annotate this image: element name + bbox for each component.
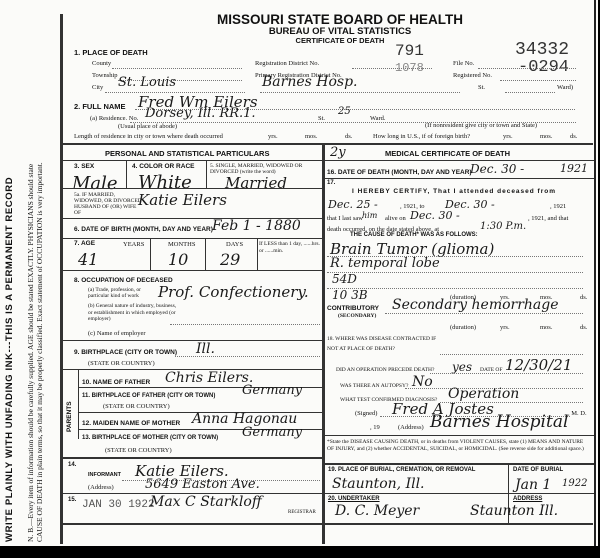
divider bbox=[63, 457, 322, 459]
divider bbox=[63, 523, 593, 525]
residence-label: (a) Residence. No. bbox=[90, 115, 138, 122]
registrar-label: REGISTRAR bbox=[288, 510, 316, 515]
undertaker-label: 20. UNDERTAKER bbox=[328, 496, 380, 502]
disease-contracted-label: 18. WHERE WAS DISEASE CONTRACTED IF NOT … bbox=[327, 334, 437, 354]
residence-ward-value: 25 bbox=[338, 106, 351, 117]
mos-label-2: mos. bbox=[540, 133, 552, 140]
divider bbox=[257, 238, 258, 270]
ds-label: ds. bbox=[345, 133, 352, 140]
physician-address-value: Barnes Hospital bbox=[430, 412, 568, 432]
father-name-label: 10. NAME OF FATHER bbox=[82, 379, 150, 386]
yrs-label-2: yrs. bbox=[503, 133, 513, 140]
burial-year-value: 1922 bbox=[562, 478, 587, 489]
divider bbox=[322, 463, 594, 465]
father-birthplace-sub: (STATE OR COUNTRY) bbox=[103, 403, 170, 410]
undertaker-address-value: Staunton Ill. bbox=[470, 503, 558, 519]
operation-field bbox=[430, 373, 583, 374]
to-year: , 1921 bbox=[550, 203, 566, 210]
permanent-record-notice: WRITE PLAINLY WITH UNFADING INK---THIS I… bbox=[4, 177, 15, 542]
operation-value: yes bbox=[452, 360, 472, 374]
occupation-b-field bbox=[170, 324, 320, 325]
birthplace-value: Ill. bbox=[196, 341, 215, 357]
residence-st-label: St. bbox=[318, 115, 325, 122]
sidebar-notice: WRITE PLAINLY WITH UNFADING INK---THIS I… bbox=[0, 0, 58, 546]
date-of-death-value: Dec. 30 - bbox=[470, 162, 524, 176]
reg-district-field bbox=[352, 68, 432, 69]
city-value: St. Louis bbox=[118, 75, 176, 90]
sex-value: Male bbox=[72, 173, 118, 194]
file-number-stamp: 34332 bbox=[515, 40, 569, 60]
father-birthplace-label: 11. BIRTHPLACE OF FATHER (CITY OR TOWN) bbox=[82, 393, 215, 399]
years-label: YEARS bbox=[123, 241, 144, 248]
birthplace-label: 9. BIRTHPLACE (CITY OR TOWN) bbox=[74, 349, 177, 356]
occupation-b-label: (b) General nature of industry, business… bbox=[88, 303, 178, 323]
dob-label: 6. DATE OF BIRTH (MONTH, DAY AND YEAR) bbox=[74, 226, 213, 233]
undertaker-address-label: ADDRESS bbox=[513, 496, 542, 502]
year-prefix: , 19 bbox=[370, 424, 380, 431]
informant-num: 14. bbox=[68, 462, 76, 468]
hospital-field bbox=[260, 92, 460, 93]
color-label: 4. COLOR OR RACE bbox=[132, 163, 194, 170]
age-years-value: 41 bbox=[78, 250, 98, 269]
county-label: County bbox=[92, 60, 111, 67]
divider bbox=[63, 188, 322, 189]
mother-name-label: 12. MAIDEN NAME OF MOTHER bbox=[82, 420, 180, 427]
medical-section-title: MEDICAL CERTIFICATE OF DEATH bbox=[385, 149, 510, 158]
spouse-label: 5a. IF MARRIED, WIDOWED, OR DIVORCED HUS… bbox=[74, 192, 144, 216]
registrar-signature: Max C Starkloff bbox=[150, 494, 262, 510]
contributory-label: CONTRIBUTORY bbox=[327, 305, 379, 312]
alive-year: , 1921, and that bbox=[528, 215, 568, 222]
medical-mark: 2y bbox=[330, 145, 346, 160]
occupation-value: Prof. Confectionery. bbox=[158, 283, 309, 301]
divider bbox=[322, 178, 594, 179]
autopsy-label: WAS THERE AN AUTOPSY? bbox=[340, 383, 408, 389]
divider bbox=[322, 435, 594, 436]
sex-label: 3. SEX bbox=[74, 163, 94, 170]
informant-address-label: (Address) bbox=[88, 484, 114, 491]
divider bbox=[205, 238, 206, 270]
st-label: St. bbox=[478, 84, 485, 91]
father-birthplace-value: Germany bbox=[242, 383, 302, 398]
certify-text: I HEREBY CERTIFY, That I attended deceas… bbox=[352, 188, 556, 195]
instruction-note-line1: N. B.—Every item of information should b… bbox=[26, 164, 35, 542]
mother-birthplace-label: 13. BIRTHPLACE OF MOTHER (CITY OR TOWN) bbox=[82, 435, 218, 441]
age-months-value: 10 bbox=[168, 250, 188, 269]
divider bbox=[322, 493, 594, 494]
township-label: Township bbox=[92, 72, 118, 79]
filed-date-stamp: JAN 30 1922 bbox=[82, 499, 155, 511]
right-border bbox=[594, 0, 596, 546]
burial-place-value: Staunton, Ill. bbox=[332, 476, 425, 492]
operation-date-value: 12/30/21 bbox=[505, 356, 572, 374]
less-than-day-label: If LESS than 1 day, ......hrs. or ......… bbox=[259, 241, 321, 255]
informant-address-value: 5649 Easton Ave. bbox=[145, 477, 260, 492]
date-of-death-year: 1921 bbox=[560, 162, 588, 175]
cause-line-2: R. temporal lobe bbox=[330, 256, 440, 271]
last-saw-label: that I last saw bbox=[327, 215, 363, 222]
item-17: 17. bbox=[327, 180, 335, 186]
cause-of-death-label: THE CAUSE OF DEATH* WAS AS FOLLOWS: bbox=[350, 232, 478, 238]
reg-district-label: Registration District No. bbox=[255, 60, 319, 67]
divider bbox=[63, 270, 322, 271]
cause-code-2: 10 3B bbox=[332, 288, 368, 302]
footnote: *State the DISEASE CAUSING DEATH, or in … bbox=[327, 439, 589, 453]
ds-label-2: ds. bbox=[570, 133, 577, 140]
registered-no-label: Registered No. bbox=[453, 72, 492, 79]
months-label: MONTHS bbox=[168, 241, 195, 248]
divider bbox=[63, 238, 322, 239]
divider bbox=[63, 340, 322, 341]
md-label: , M. D. bbox=[568, 410, 587, 417]
divider bbox=[63, 160, 322, 161]
county-field bbox=[112, 68, 242, 69]
ds-label-2: ds. bbox=[580, 324, 587, 331]
contributory-field bbox=[385, 313, 583, 314]
occupation-c-label: (c) Name of employer bbox=[88, 330, 146, 337]
last-saw-value: him bbox=[362, 211, 377, 220]
column-divider bbox=[322, 143, 325, 544]
how-long-label: How long in U.S., if of foreign birth? bbox=[373, 133, 470, 140]
usual-abode-note: (Usual place of abode) bbox=[118, 123, 177, 130]
residence-ward-label: Ward. bbox=[370, 115, 386, 122]
length-residence-label: Length of residence in city or town wher… bbox=[74, 133, 223, 140]
mos-label: mos. bbox=[305, 133, 317, 140]
birthplace-field bbox=[175, 356, 320, 357]
informant-label: INFORMANT bbox=[88, 472, 121, 478]
file-no-field bbox=[478, 68, 576, 69]
contributory-value: Secondary hemorrhage bbox=[392, 297, 559, 313]
occupation-a-label: (a) Trade, profession, or particular kin… bbox=[88, 287, 153, 299]
left-rule bbox=[60, 14, 63, 544]
alive-on-label: alive on bbox=[385, 215, 406, 222]
disease-contracted-field bbox=[440, 354, 583, 355]
date-of-death-label: 16. DATE OF DEATH (MONTH, DAY AND YEAR) bbox=[327, 169, 472, 176]
parents-label: PARENTS bbox=[66, 401, 73, 432]
signed-label: (Signed) bbox=[355, 410, 377, 417]
divider bbox=[322, 160, 594, 161]
secondary-label: (SECONDARY) bbox=[338, 313, 376, 319]
divider bbox=[126, 160, 127, 188]
divider bbox=[206, 160, 207, 188]
ward-label: Ward) bbox=[557, 84, 573, 91]
age-label: 7. AGE bbox=[74, 240, 95, 247]
ds-label: ds. bbox=[580, 294, 587, 301]
color-value: White bbox=[138, 172, 192, 193]
ward-field bbox=[505, 92, 555, 93]
birthplace-sub-label: (STATE OR COUNTRY) bbox=[88, 360, 155, 367]
yrs-label-2: yrs. bbox=[500, 324, 510, 331]
cause-field-2 bbox=[327, 272, 583, 273]
registered-no-field bbox=[500, 80, 576, 81]
file-no-label: File No. bbox=[453, 60, 474, 67]
father-name-value: Chris Eilers. bbox=[165, 370, 253, 386]
divider bbox=[63, 143, 593, 145]
burial-date-value: Jan 1 bbox=[515, 477, 551, 493]
place-of-death-label: 1. PLACE OF DEATH bbox=[74, 48, 148, 57]
operation-label: DID AN OPERATION PRECEDE DEATH? bbox=[336, 367, 434, 373]
marital-value: Married bbox=[225, 174, 287, 192]
page-title: MISSOURI STATE BOARD OF HEALTH bbox=[80, 12, 600, 27]
time-of-death: 1:30 P.m. bbox=[480, 221, 526, 232]
cause-code-1: 54D bbox=[332, 272, 357, 286]
dob-value: Feb 1 - 1880 bbox=[212, 218, 301, 234]
stamp-number: 791 bbox=[395, 42, 424, 60]
spouse-value: Katie Eilers bbox=[138, 191, 227, 209]
mother-birthplace-value: Germany bbox=[242, 425, 302, 440]
physician-address-label: (Address) bbox=[398, 424, 424, 431]
undertaker-value: D. C. Meyer bbox=[335, 503, 419, 519]
residence-value: Dorsey, Ill. RR.1. bbox=[145, 106, 256, 121]
personal-section-title: PERSONAL AND STATISTICAL PARTICULARS bbox=[105, 149, 269, 158]
mother-birthplace-sub: (STATE OR COUNTRY) bbox=[105, 447, 172, 454]
full-name-label: 2. FULL NAME bbox=[74, 102, 126, 111]
yrs-label: yrs. bbox=[268, 133, 278, 140]
age-days-value: 29 bbox=[220, 250, 240, 269]
instruction-note-line2: CAUSE OF DEATH in plain terms, so that i… bbox=[35, 162, 44, 542]
nonresident-note: (If nonresident give city or town and St… bbox=[425, 122, 537, 129]
days-label: DAYS bbox=[226, 241, 243, 248]
burial-date-label: DATE OF BURIAL bbox=[513, 467, 563, 473]
attended-from-date: Dec. 25 - bbox=[328, 198, 378, 211]
hospital-value: Barnes Hosp. bbox=[262, 74, 358, 90]
burial-place-label: 19. PLACE OF BURIAL, CREMATION, OR REMOV… bbox=[328, 467, 475, 473]
mos-label-2: mos. bbox=[540, 324, 552, 331]
duration-label-2: (duration) bbox=[450, 324, 476, 331]
city-label: City bbox=[92, 84, 103, 91]
alive-on-date: Dec. 30 - bbox=[410, 209, 460, 222]
filed-num: 15. bbox=[68, 497, 76, 503]
divider bbox=[150, 238, 151, 270]
